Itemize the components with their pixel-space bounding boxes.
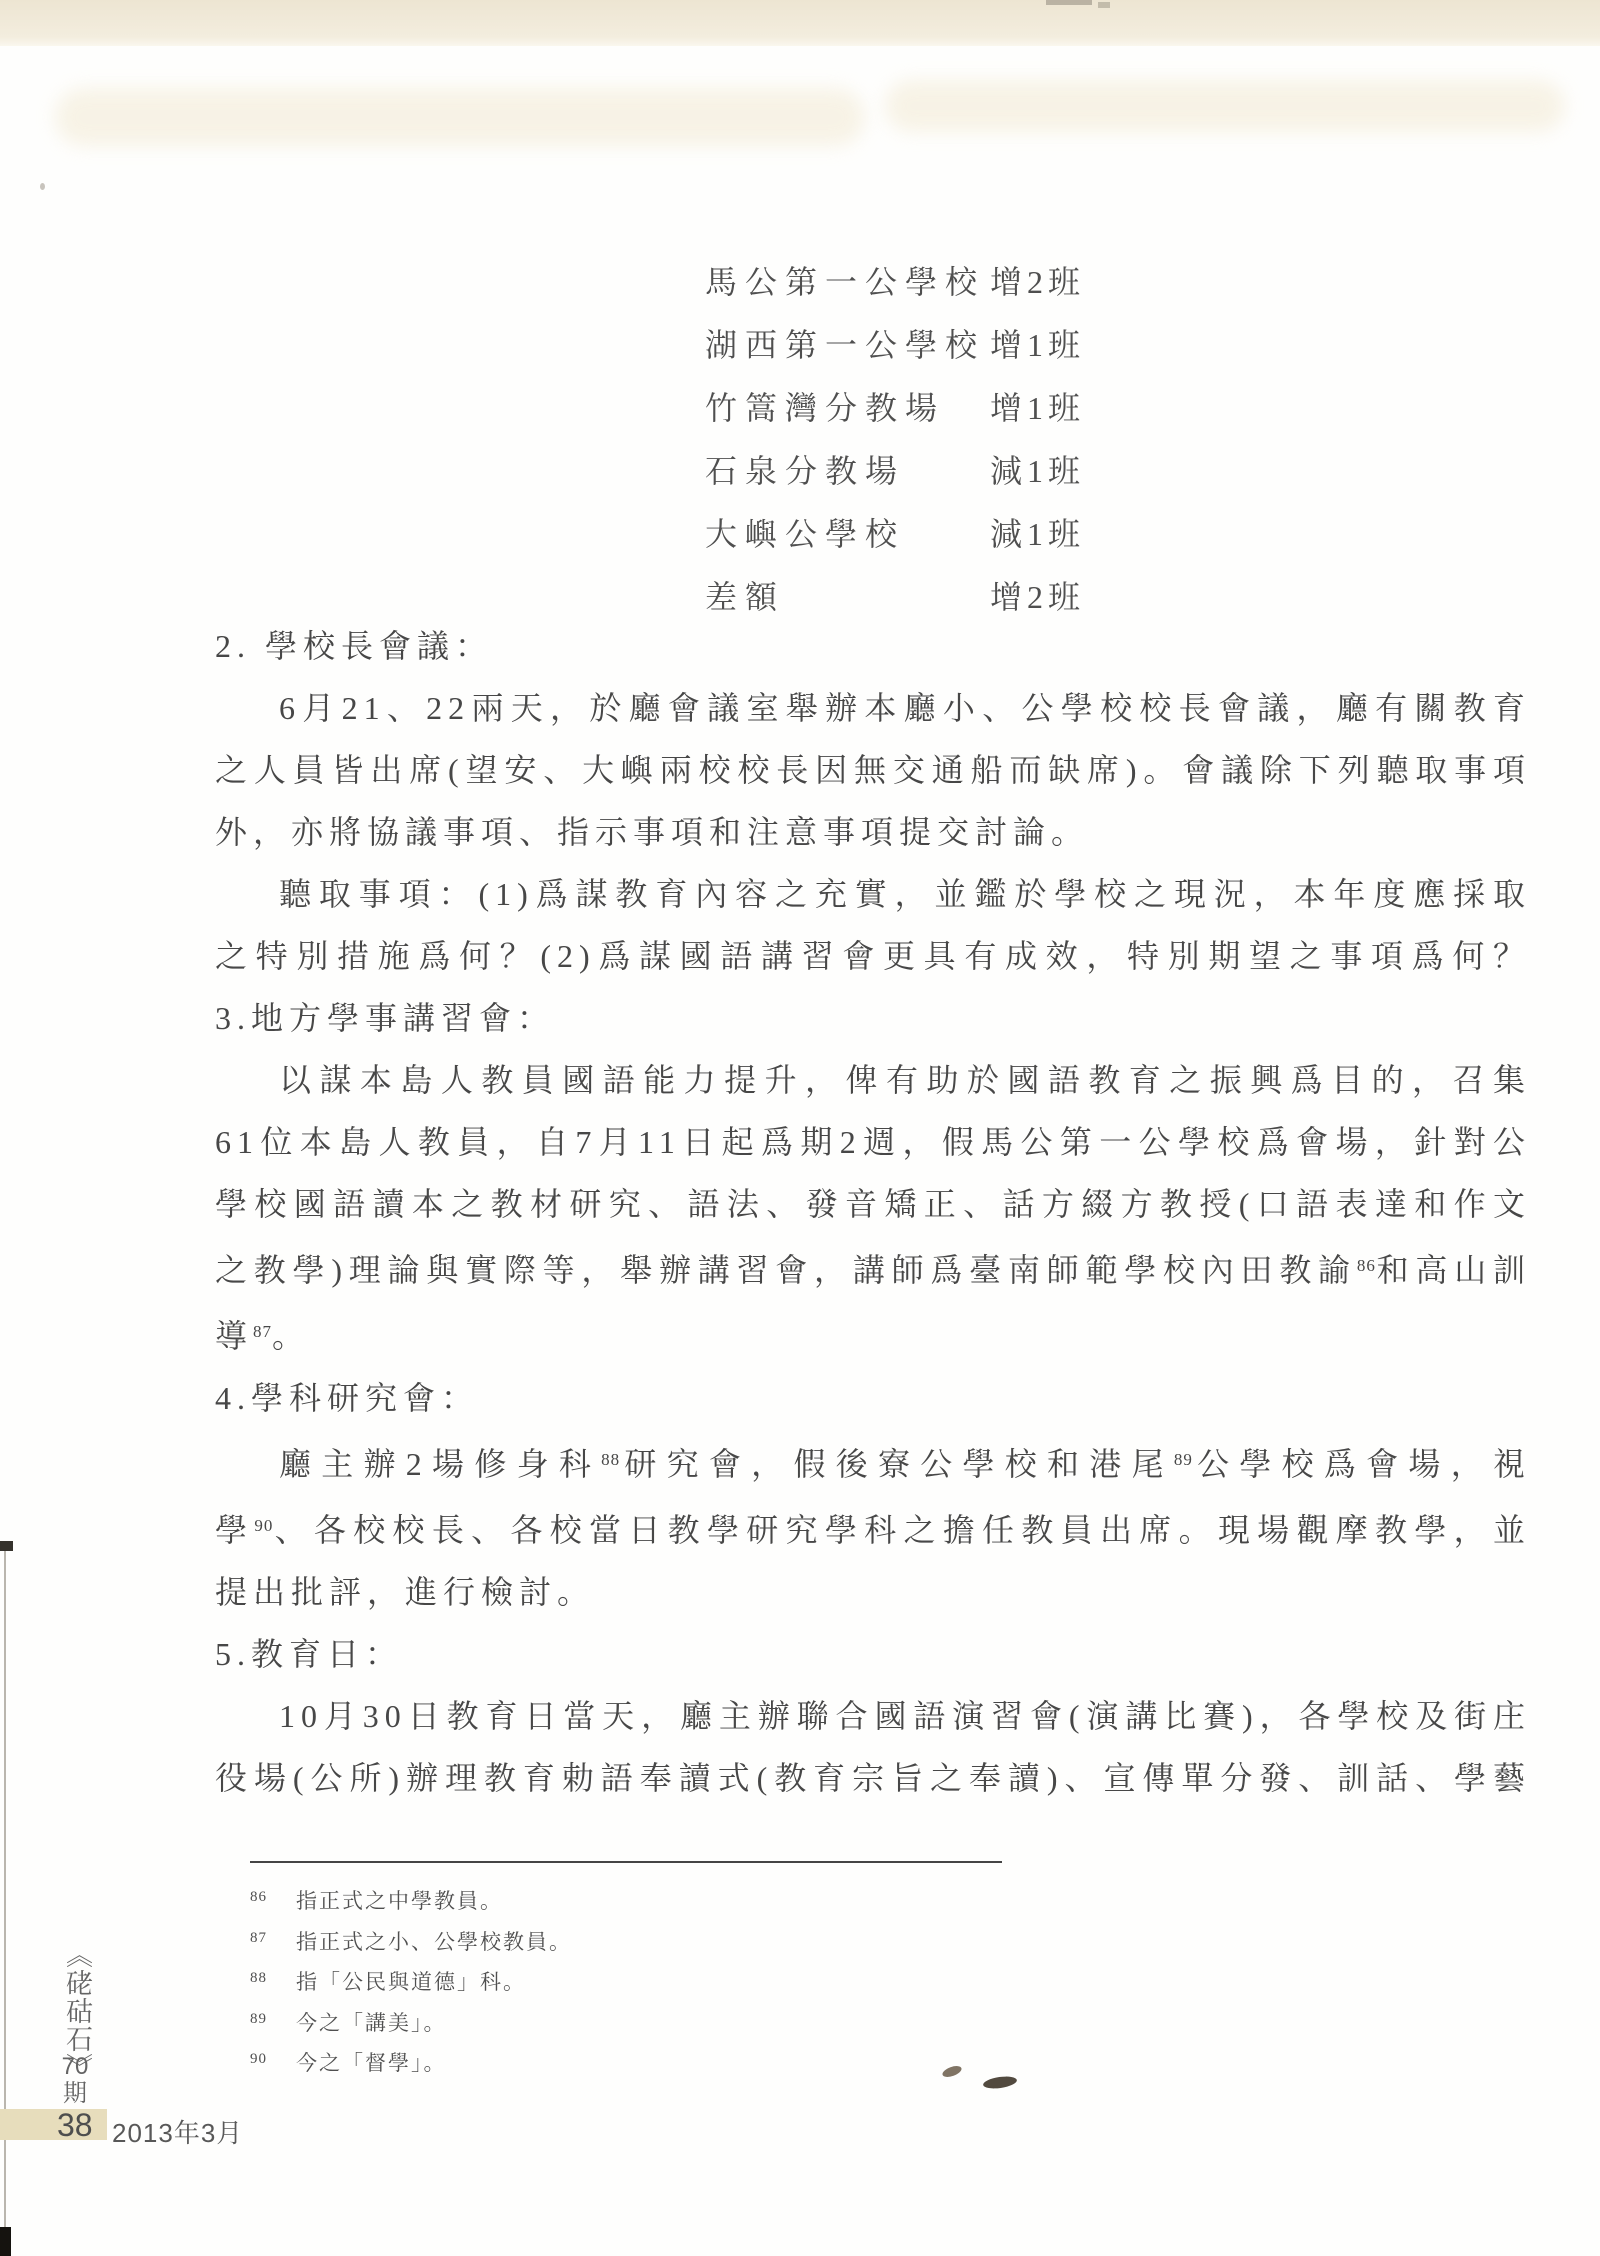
table-row: 竹篙灣分教場 增1班	[705, 377, 1085, 440]
section-heading-subject-research: 4.學科研究會：	[215, 1367, 1531, 1429]
footnote: 86指正式之中學教員。	[250, 1879, 572, 1920]
body-line: 提出批評，進行檢討。	[215, 1561, 1531, 1623]
body-line: 導87。	[215, 1301, 1531, 1367]
footnote-number: 86	[250, 1879, 296, 1916]
school-name-cell: 石泉分教場	[705, 440, 990, 503]
footnote-ref-89: 89	[1174, 1450, 1193, 1469]
table-row: 石泉分教場 減1班	[705, 440, 1085, 503]
section-heading-education-day: 5.教育日：	[215, 1623, 1531, 1685]
footnote-text: 今之「講美」。	[296, 2011, 447, 2035]
section-heading-local-workshop: 3.地方學事講習會：	[215, 987, 1531, 1049]
body-line: 10月30日教育日當天，廳主辦聯合國語演習會(演講比賽)，各學校及街庄	[215, 1685, 1531, 1747]
body-line: 學校國語讀本之教材研究、語法、發音矯正、話方綴方教授(口語表達和作文	[215, 1173, 1531, 1235]
class-adjustment-table: 馬公第一公學校 增2班 湖西第一公學校 增1班 竹篙灣分教場 增1班 石泉分教場…	[705, 251, 1085, 629]
scan-shadow-top-band	[0, 0, 1600, 46]
footnote: 87指正式之小、公學校教員。	[250, 1920, 572, 1961]
scan-edge-mark	[0, 1541, 13, 1551]
scan-smudge	[55, 88, 865, 146]
scan-edge-line	[4, 1542, 6, 2254]
table-row: 大嶼公學校 減1班	[705, 503, 1085, 566]
class-change-cell: 增1班	[990, 314, 1085, 377]
footnote-number: 90	[250, 2041, 296, 2078]
footnote-text: 指「公民與道德」科。	[296, 1970, 526, 1994]
ink-smudge	[941, 2064, 963, 2079]
body-line: 61位本島人教員，自7月11日起爲期2週，假馬公第一公學校爲會場，針對公	[215, 1111, 1531, 1173]
footnote-ref-88: 88	[601, 1450, 620, 1469]
body-line: 外，亦將協議事項、指示事項和注意事項提交討論。	[215, 801, 1531, 863]
footnote-text: 今之「督學」。	[296, 2051, 447, 2075]
body-line: 學90、各校校長、各校當日教學研究學科之擔任教員出席。現場觀摩教學，並	[215, 1495, 1531, 1561]
scan-smudge	[885, 80, 1565, 132]
footnote-ref-86: 86	[1357, 1256, 1376, 1275]
footnote-ref-90: 90	[254, 1516, 273, 1535]
body-line: 廳主辦2場修身科88研究會，假後寮公學校和港尾89公學校爲會場，視	[215, 1429, 1531, 1495]
body-line: 6月21、22兩天，於廳會議室舉辦本廳小、公學校校長會議，廳有關教育	[215, 677, 1531, 739]
school-name-cell: 湖西第一公學校	[705, 314, 990, 377]
table-row: 馬公第一公學校 增2班	[705, 251, 1085, 314]
issue-number-block: 70 期	[46, 2053, 104, 2107]
footnote: 90今之「督學」。	[250, 2041, 572, 2082]
page-number: 38	[57, 2107, 93, 2144]
footnote: 88指「公民與道德」科。	[250, 1960, 572, 2001]
scan-artifact-mark	[1098, 2, 1110, 8]
class-change-cell: 減1班	[990, 503, 1085, 566]
footnote-number: 89	[250, 2001, 296, 2038]
scan-artifact-dot	[40, 183, 45, 190]
body-line: 之人員皆出席(望安、大嶼兩校校長因無交通船而缺席)。會議除下列聽取事項	[215, 739, 1531, 801]
body-line: 之教學)理論與實際等，舉辦講習會，講師爲臺南師範學校內田教諭86和高山訓	[215, 1235, 1531, 1301]
class-change-cell: 減1班	[990, 440, 1085, 503]
scanned-document-page: 馬公第一公學校 增2班 湖西第一公學校 增1班 竹篙灣分教場 增1班 石泉分教場…	[0, 0, 1600, 2256]
body-line: 之特別措施爲何？(2)爲謀國語講習會更具有成效，特別期望之事項爲何？	[215, 925, 1531, 987]
ink-smudge	[982, 2075, 1017, 2091]
school-name-cell: 馬公第一公學校	[705, 251, 990, 314]
footnote-number: 88	[250, 1960, 296, 1997]
body-line: 役場(公所)辦理教育勅語奉讀式(教育宗旨之奉讀)、宣傳單分發、訓話、學藝	[215, 1747, 1531, 1809]
section-heading-principals-meeting: 2. 學校長會議：	[215, 615, 1531, 677]
class-change-cell: 增2班	[990, 251, 1085, 314]
issue-suffix: 期	[46, 2080, 104, 2107]
table-row: 湖西第一公學校 增1班	[705, 314, 1085, 377]
footnote-number: 87	[250, 1920, 296, 1957]
scan-edge-mark	[0, 2227, 11, 2256]
issue-date: 2013年3月	[112, 2113, 243, 2150]
footnote-text: 指正式之中學教員。	[296, 1889, 503, 1913]
body-line: 以謀本島人教員國語能力提升，俾有助於國語教育之振興爲目的，召集	[215, 1049, 1531, 1111]
footnote-text: 指正式之小、公學校教員。	[296, 1930, 572, 1954]
school-name-cell: 大嶼公學校	[705, 503, 990, 566]
body-line: 聽取事項：(1)爲謀教育內容之充實，並鑑於學校之現況，本年度應採取	[215, 863, 1531, 925]
footnote: 89今之「講美」。	[250, 2001, 572, 2042]
scan-artifact-mark	[1046, 0, 1092, 5]
class-change-cell: 增1班	[990, 377, 1085, 440]
footnote-ref-87: 87	[253, 1322, 272, 1341]
article-body: 2. 學校長會議： 6月21、22兩天，於廳會議室舉辦本廳小、公學校校長會議，廳…	[215, 615, 1531, 1809]
school-name-cell: 竹篙灣分教場	[705, 377, 990, 440]
footnotes-block: 86指正式之中學教員。 87指正式之小、公學校教員。 88指「公民與道德」科。 …	[250, 1879, 572, 2082]
footnote-separator-rule	[250, 1861, 1002, 1863]
issue-number: 70	[46, 2053, 104, 2080]
